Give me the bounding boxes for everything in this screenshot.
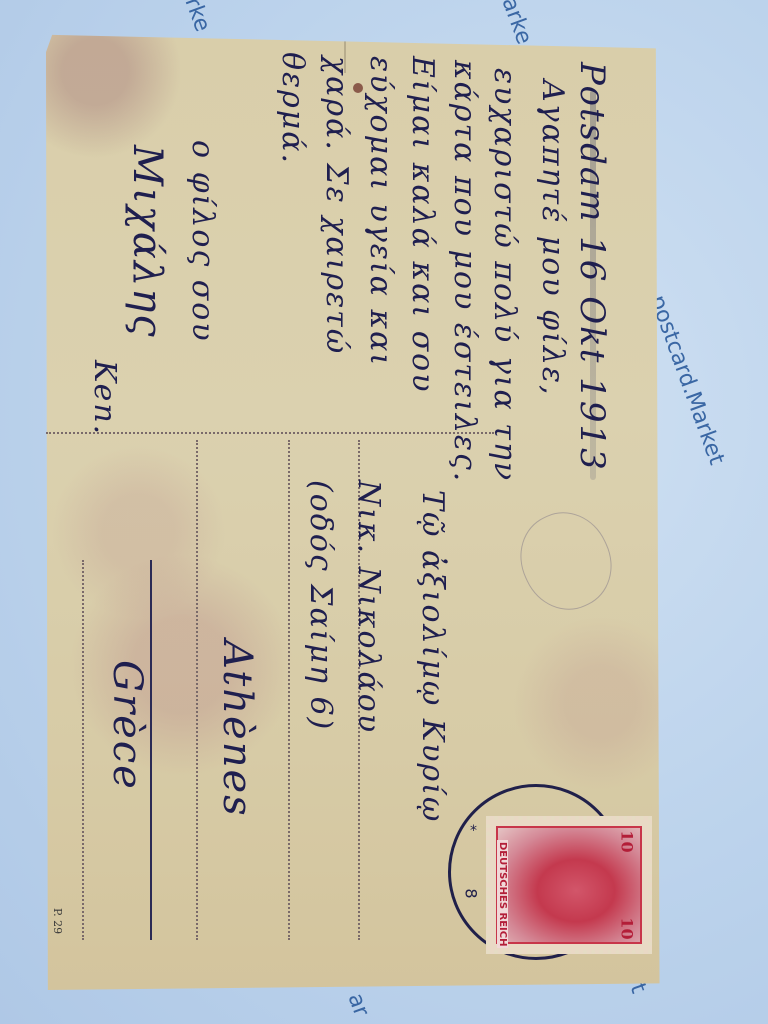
postmark-code: 8 [462,888,481,898]
message-line: Αγαπητέ μου φίλε, [535,80,570,397]
postmark-star: * [470,823,477,839]
message-line: ο φίλος σου [185,140,220,343]
postage-stamp: DEUTSCHES REICH 10 10 [486,816,652,954]
watermark-fragment: ar [343,990,374,1020]
watermark-fragment: rke [180,0,215,35]
address-line-dotted [196,440,198,940]
address-underline [150,560,152,940]
message-line: εύχομαι υγεία και [363,56,398,367]
pin-hole [353,83,363,93]
stamp-value: 10 [617,917,636,939]
address-line: (οδός Σαίμη 6) [303,480,338,731]
address-line: Τῷ ἀξιολίμῳ Κυρίῳ [415,490,450,823]
signature: Μιχάλης [124,145,170,339]
stamp-country: DEUTSCHES REICH [497,840,508,948]
address-line-dotted [288,440,290,940]
message-line: Είμαι καλά και σου [405,56,440,393]
watermark-fragment: et [0,810,4,839]
message-line: χαρά. Σε χαιρετώ [319,56,354,355]
printer-code: P. 29 [51,908,64,934]
address-city: Athènes [214,640,260,818]
stamp-value: 10 [617,830,636,852]
address-country: Grèce [104,660,150,791]
watermark-fragment: et [0,170,4,199]
message-line: θερμά. [275,52,310,165]
postscript: Ken. [87,360,122,436]
watermark-fragment: arke [497,0,537,48]
address-line-dotted [82,560,84,940]
address-line: Νικ. Νικολάου [351,480,386,734]
message-line: ευχαριστώ πολύ για την [487,68,522,482]
message-header: Potsdam 16 Okt 1913 [572,62,612,472]
message-line: κάρτα που μου έστειλες. [447,60,482,483]
